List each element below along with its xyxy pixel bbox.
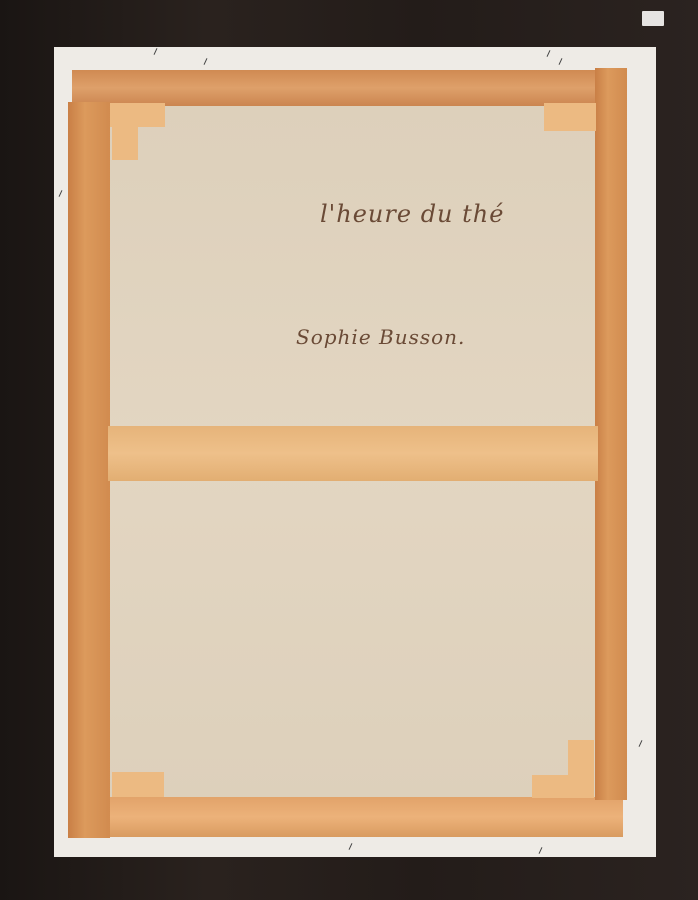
corner-key-top-left-2 [112, 118, 138, 160]
inscription-title: l'heure du thé [320, 200, 504, 228]
inscription-artist: Sophie Busson. [296, 325, 465, 349]
corner-key-bottom-left [112, 772, 164, 797]
stretcher-bar-top [72, 70, 627, 106]
corner-key-top-right [544, 103, 596, 131]
stretcher-bar-left [68, 102, 110, 838]
corner-key-bottom-right-2 [568, 740, 594, 780]
stretcher-bar-right [595, 68, 627, 800]
stretcher-crossbar [108, 426, 598, 481]
stretcher-bar-bottom [108, 797, 623, 837]
inventory-sticker [642, 11, 664, 26]
